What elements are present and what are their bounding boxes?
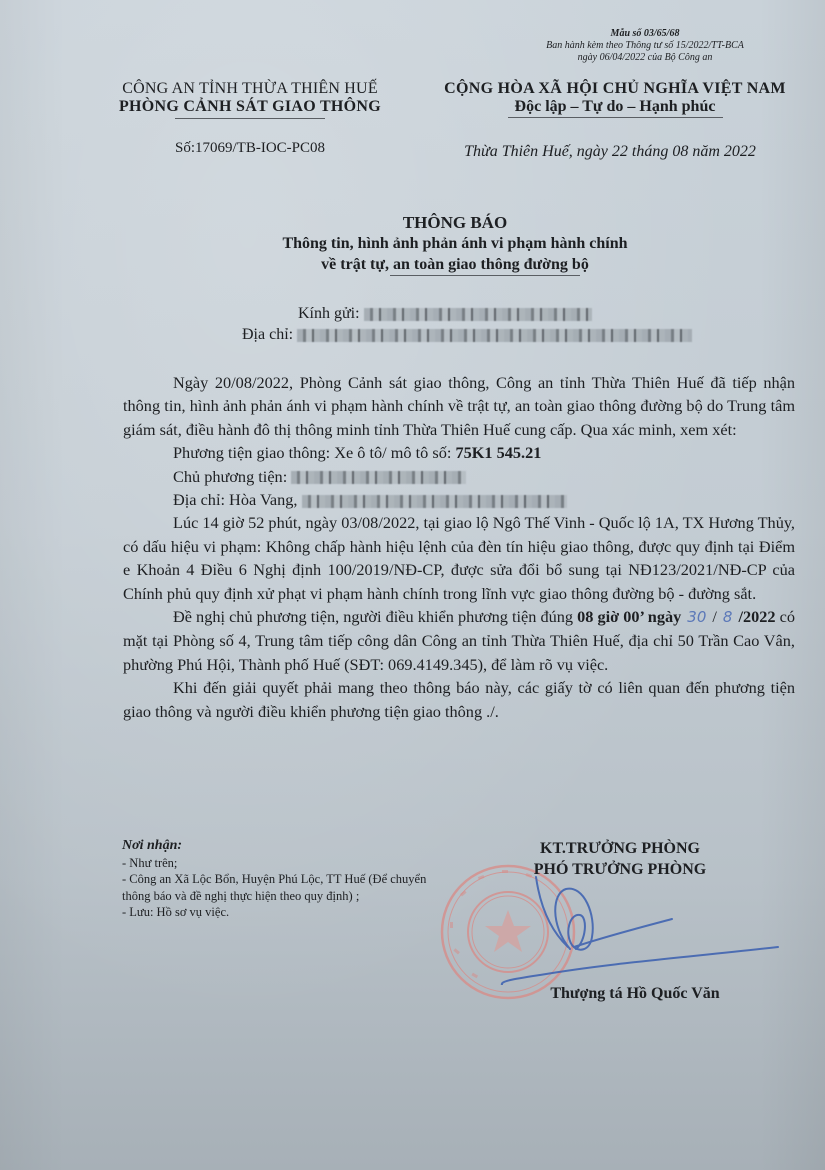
appointment-year: /2022: [738, 607, 775, 626]
title-subtitle-2: về trật tự, an toàn giao thông đường bộ: [230, 254, 680, 275]
nation-name: CỘNG HÒA XÃ HỘI CHỦ NGHĨA VIỆT NAM: [415, 80, 815, 98]
paragraph-closing: Khi đến giải quyết phải mang theo thông …: [123, 676, 795, 723]
signatory-title: KT.TRƯỞNG PHÒNG PHÓ TRƯỞNG PHÒNG: [490, 838, 750, 880]
distribution-heading: Nơi nhận:: [122, 838, 442, 855]
place-date: Thừa Thiên Huế, ngày 22 tháng 08 năm 202…: [440, 143, 780, 161]
redacted-recipient-name: [364, 308, 592, 321]
paragraph-summons: Đề nghị chủ phương tiện, người điều khiể…: [123, 605, 795, 676]
redacted-owner-name: [291, 471, 466, 484]
redacted-owner-address: [302, 495, 567, 508]
redacted-recipient-address: [297, 329, 692, 342]
signatory-title-line-1: KT.TRƯỞNG PHÒNG: [490, 838, 750, 859]
motto-underline: [508, 117, 723, 118]
document-number: Số:17069/TB-IOC-PC08: [95, 140, 405, 157]
recipient-block: Kính gửi: Địa chỉ:: [250, 303, 770, 345]
department-name: PHÒNG CẢNH SÁT GIAO THÔNG: [95, 98, 405, 116]
distribution-item: - Công an Xã Lộc Bổn, Huyện Phú Lộc, TT …: [122, 871, 442, 904]
form-issued-date: ngày 06/04/2022 của Bộ Công an: [480, 52, 810, 64]
notice-body: Ngày 20/08/2022, Phòng Cảnh sát giao thô…: [123, 371, 795, 723]
handwritten-signature-icon: [500, 875, 780, 985]
distribution-item: - Lưu: Hồ sơ vụ việc.: [122, 904, 442, 921]
owner-line: Chủ phương tiện:: [123, 465, 795, 488]
paragraph-received: Ngày 20/08/2022, Phòng Cảnh sát giao thô…: [123, 371, 795, 441]
agency-name: CÔNG AN TỈNH THỪA THIÊN HUẾ: [95, 80, 405, 98]
national-header: CỘNG HÒA XÃ HỘI CHỦ NGHĨA VIỆT NAM Độc l…: [415, 80, 815, 118]
title-underline: [390, 275, 580, 276]
document-title: THÔNG BÁO Thông tin, hình ảnh phản ánh v…: [230, 212, 680, 276]
address-label: Địa chỉ:: [242, 326, 293, 343]
license-plate: 75K1 545.21: [455, 443, 541, 462]
paragraph-violation: Lúc 14 giờ 52 phút, ngày 03/08/2022, tại…: [123, 511, 795, 605]
title-heading: THÔNG BÁO: [230, 212, 680, 233]
issuing-agency-header: CÔNG AN TỈNH THỪA THIÊN HUẾ PHÒNG CẢNH S…: [95, 80, 405, 119]
title-subtitle-1: Thông tin, hình ảnh phản ánh vi phạm hàn…: [230, 233, 680, 254]
form-reference: Mẫu số 03/65/68 Ban hành kèm theo Thông …: [480, 28, 810, 64]
distribution-list: Nơi nhận: - Như trên; - Công an Xã Lộc B…: [122, 838, 442, 921]
vehicle-line: Phương tiện giao thông: Xe ô tô/ mô tô s…: [123, 441, 795, 464]
appointment-time: 08 giờ 00’ ngày: [577, 607, 681, 626]
handwritten-month: 8: [723, 608, 733, 626]
handwritten-day: 30: [687, 608, 706, 626]
to-label: Kính gửi:: [298, 305, 360, 322]
national-motto: Độc lập – Tự do – Hạnh phúc: [415, 98, 815, 116]
owner-address-line: Địa chỉ: Hòa Vang,: [123, 488, 795, 511]
header-underline: [175, 118, 325, 119]
distribution-item: - Như trên;: [122, 855, 442, 872]
form-issued-by: Ban hành kèm theo Thông tư số 15/2022/TT…: [480, 40, 810, 52]
document-photo: Mẫu số 03/65/68 Ban hành kèm theo Thông …: [0, 0, 825, 1170]
form-code: Mẫu số 03/65/68: [480, 28, 810, 40]
signatory-name: Thượng tá Hồ Quốc Văn: [490, 985, 780, 1003]
